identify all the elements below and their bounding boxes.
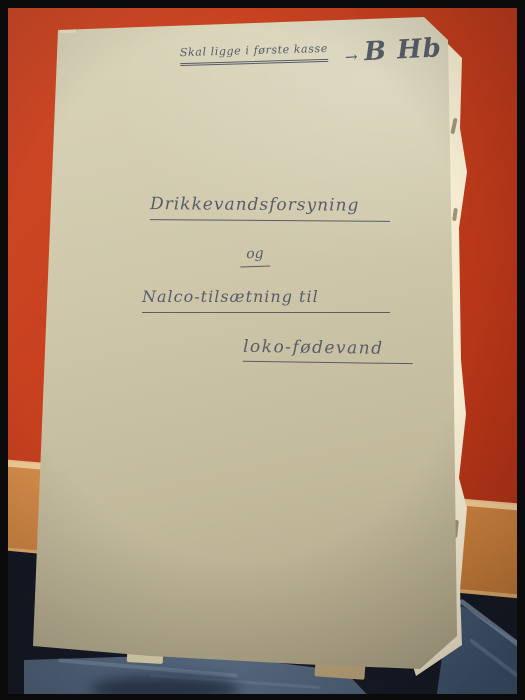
folder-title: Drikkevandsforsyning bbox=[150, 194, 390, 222]
denim-shadow bbox=[90, 676, 240, 700]
folder-subtitle-line1: Nalco-tilsætning til bbox=[142, 287, 390, 313]
handwritten-note: Skal ligge i første kasse bbox=[180, 42, 328, 66]
cardboard-folder: Skal ligge i første kasse → B Hb 20 Drik… bbox=[0, 0, 525, 700]
note-text: Skal ligge i første kasse bbox=[180, 42, 328, 66]
arrow-glyph: → bbox=[344, 48, 358, 67]
folder-subtitle-line2: loko-fødevand bbox=[243, 337, 413, 364]
photo-frame: Skal ligge i første kasse → B Hb 20 Drik… bbox=[0, 0, 525, 700]
folder-conjunction: og bbox=[240, 245, 271, 267]
